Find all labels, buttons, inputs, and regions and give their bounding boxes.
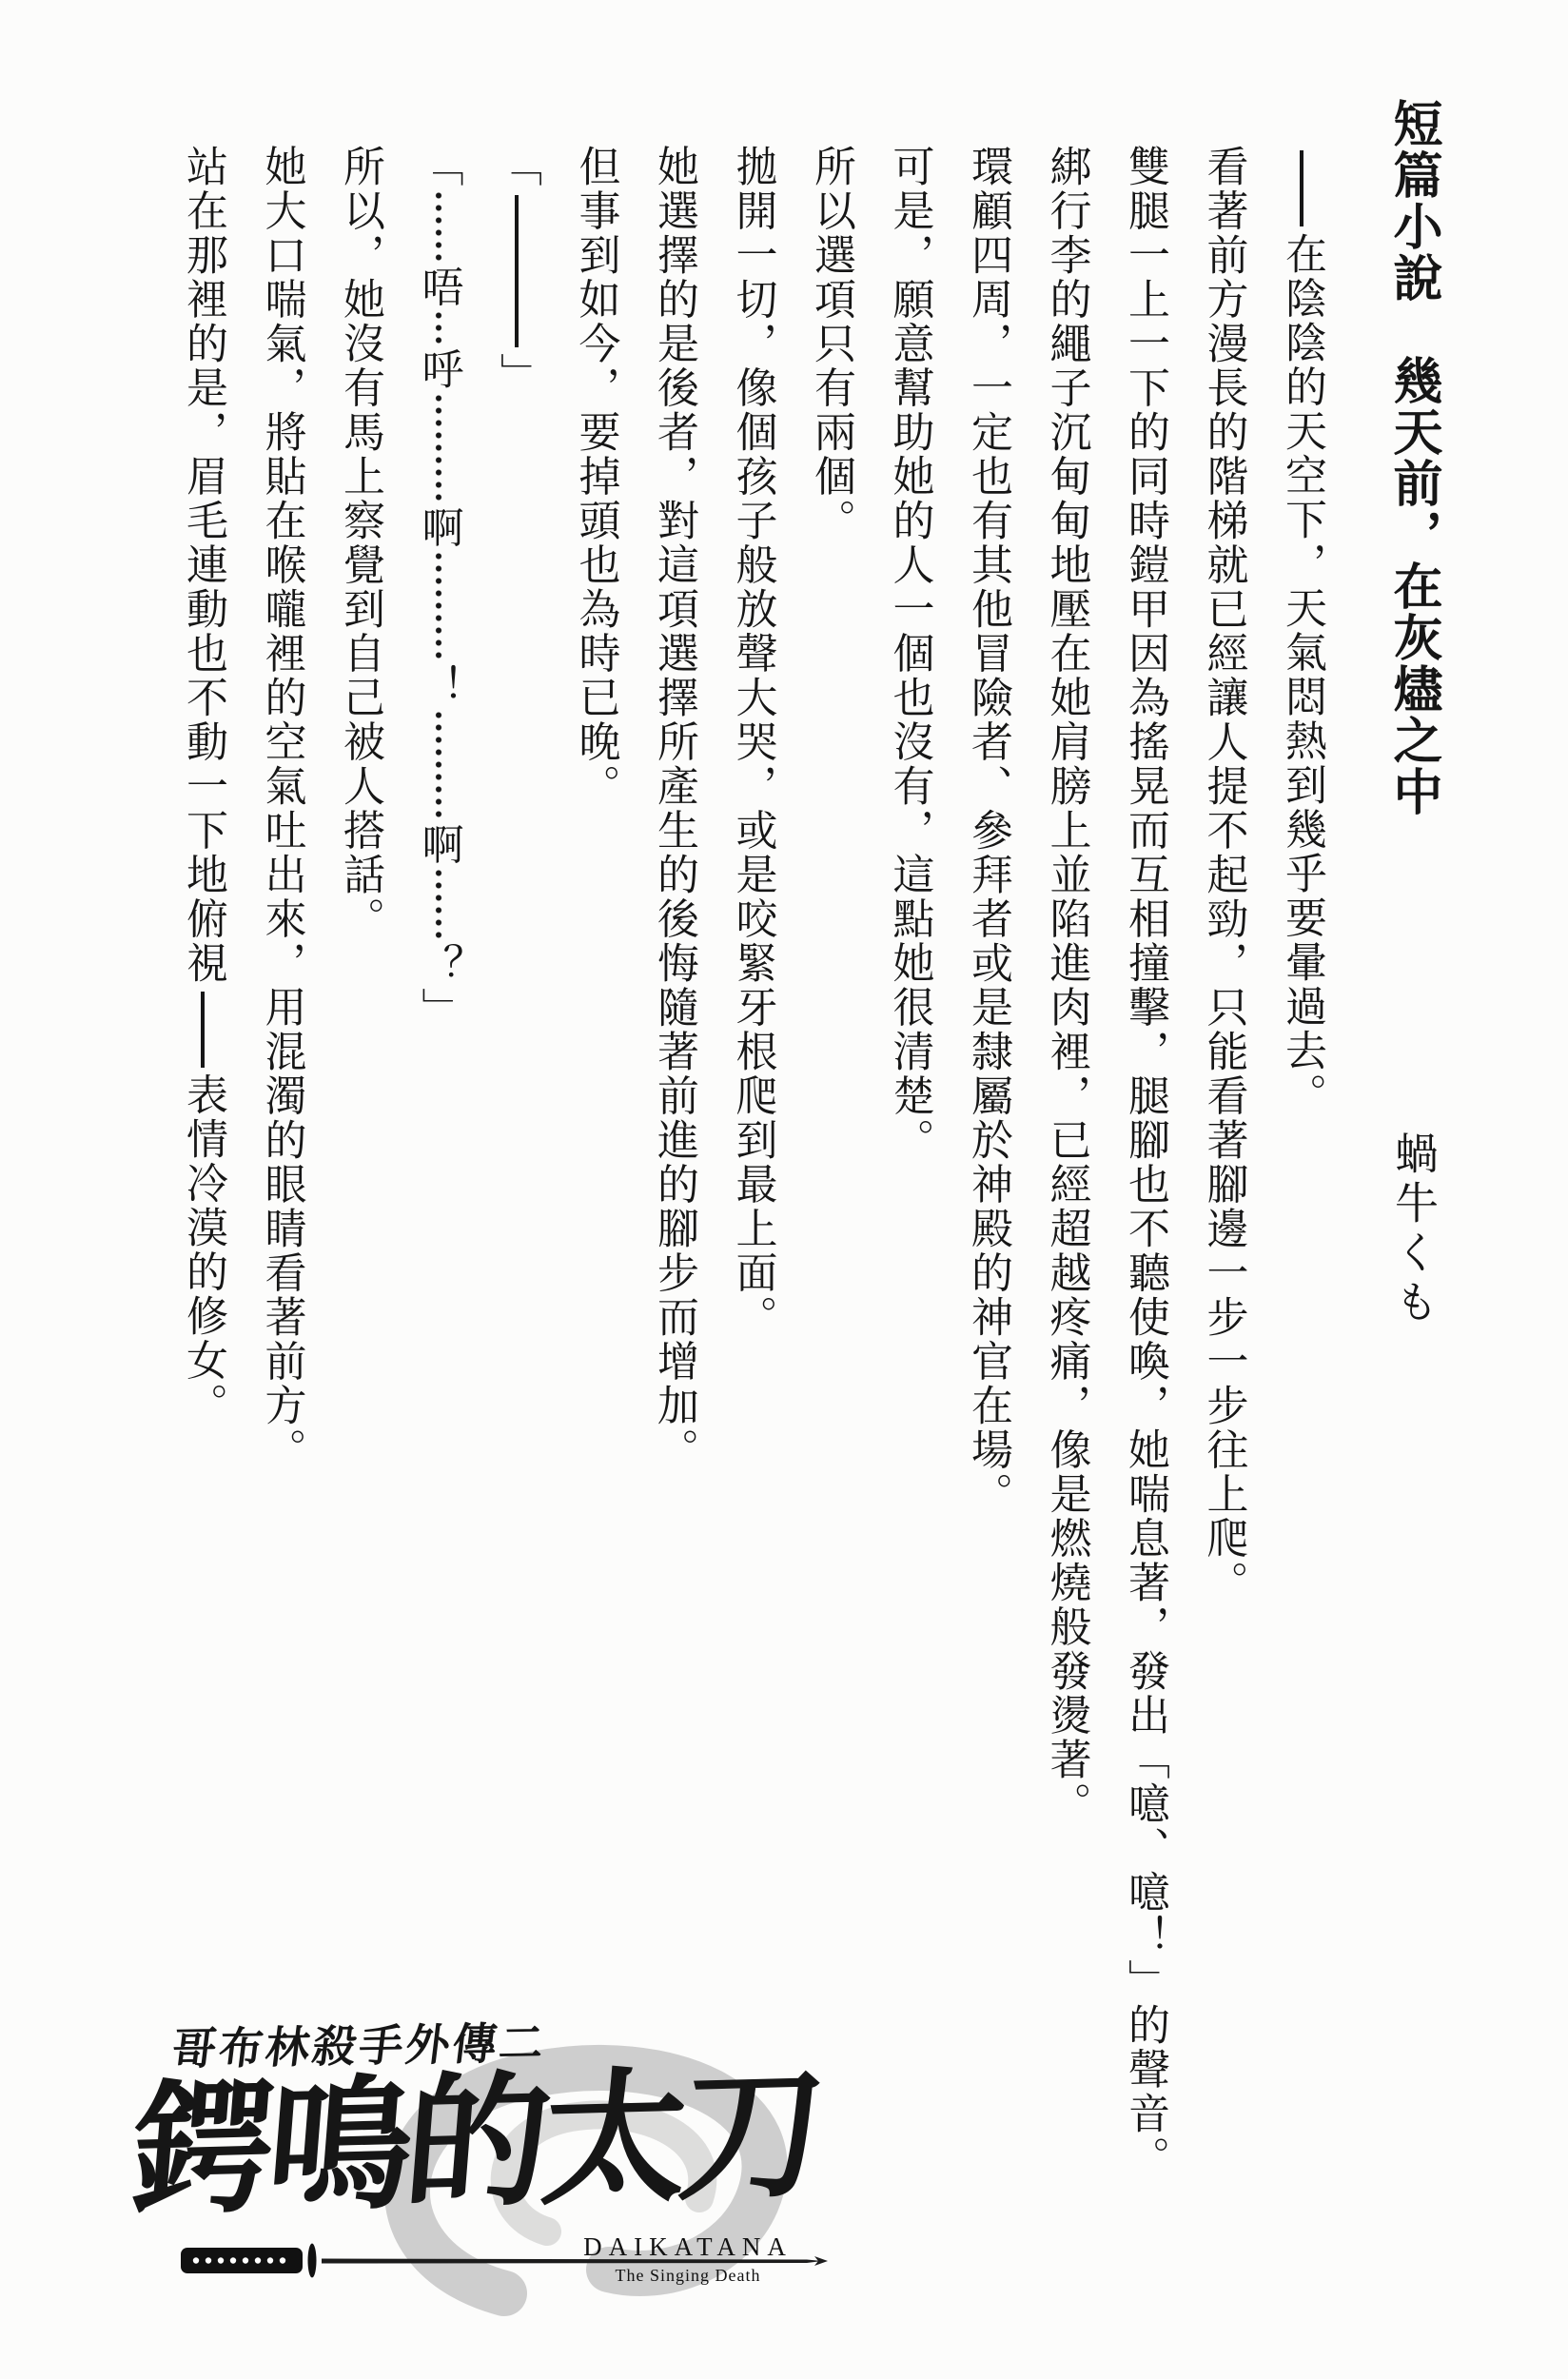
- em-dash-rule: [1300, 150, 1303, 226]
- paragraph: 綁行李的繩子沉甸甸地壓在她肩膀上並陷進肉裡，已經超越疼痛，像是燃燒般發燙著。: [1046, 145, 1088, 2267]
- paragraph: 但事到如今，要掉頭也為時已晚。: [575, 145, 617, 2267]
- logo-main-title: 鍔鳴的太刀: [125, 2056, 824, 2233]
- em-dash-rule: [515, 195, 519, 347]
- ellipsis-leader: [435, 709, 442, 823]
- chapter-title: 短篇小說 幾天前，在灰燼之中: [1377, 98, 1448, 817]
- paragraph: 她大口喘氣，將貼在喉嚨裡的空氣吐出來，用混濁的眼睛看著前方。: [261, 145, 303, 2267]
- paragraph: 她選擇的是後者，對這項選擇所產生的後悔隨著前進的腳步而增加。: [653, 145, 695, 2267]
- paragraph: 所以，她沒有馬上察覺到自己被人搭話。: [339, 145, 381, 2267]
- logo: 哥布林殺手外傳二 鍔鳴的太刀 DAIKATANA The Singing Dea…: [124, 1998, 866, 2341]
- ellipsis-leader: [435, 392, 442, 506]
- logo-romaji: DAIKATANA: [578, 2232, 797, 2262]
- paragraph: 環顧四周，一定也有其他冒險者、參拜者或是隸屬於神殿的神官在場。: [967, 145, 1009, 2267]
- ellipsis-leader: [435, 867, 442, 943]
- sword-handle: [181, 2248, 303, 2273]
- paragraph: 站在那裡的是，眉毛連動也不動一下地俯視表情冷漠的修女。: [182, 145, 224, 2267]
- paragraph: 看著前方漫長的階梯就已經讓人提不起勁，只能看著腳邊一步一步往上爬。: [1203, 145, 1245, 2267]
- author-name: 蝸牛くも: [1382, 1131, 1444, 1328]
- paragraph: 「」: [496, 145, 538, 2267]
- paragraph: 在陰陰的天空下，天氣悶熱到幾乎要暈過去。: [1281, 145, 1323, 2267]
- body-text: 在陰陰的天空下，天氣悶熱到幾乎要暈過去。看著前方漫長的階梯就已經讓人提不起勁，只…: [146, 145, 1323, 2267]
- paragraph: 「唔呼啊！啊？」: [418, 145, 460, 2267]
- paragraph: 雙腿一上一下的同時鎧甲因為搖晃而互相撞擊，腿腳也不聽使喚，她喘息著，發出「噫、噫…: [1124, 145, 1166, 2267]
- ellipsis-leader: [435, 189, 442, 265]
- logo-series-title: 哥布林殺手外傳二: [168, 2009, 550, 2078]
- logo-subtitle: The Singing Death: [578, 2266, 797, 2286]
- sword-guard: [308, 2244, 317, 2278]
- em-dash-rule: [201, 992, 205, 1068]
- paragraph: 拋開一切，像個孩子般放聲大哭，或是咬緊牙根爬到最上面。: [732, 145, 774, 2267]
- ellipsis-leader: [435, 550, 442, 664]
- paragraph: 可是，願意幫助她的人一個也沒有，這點她很清楚。: [889, 145, 931, 2267]
- ellipsis-leader: [435, 309, 442, 347]
- paragraph: 所以選項只有兩個。: [810, 145, 852, 2267]
